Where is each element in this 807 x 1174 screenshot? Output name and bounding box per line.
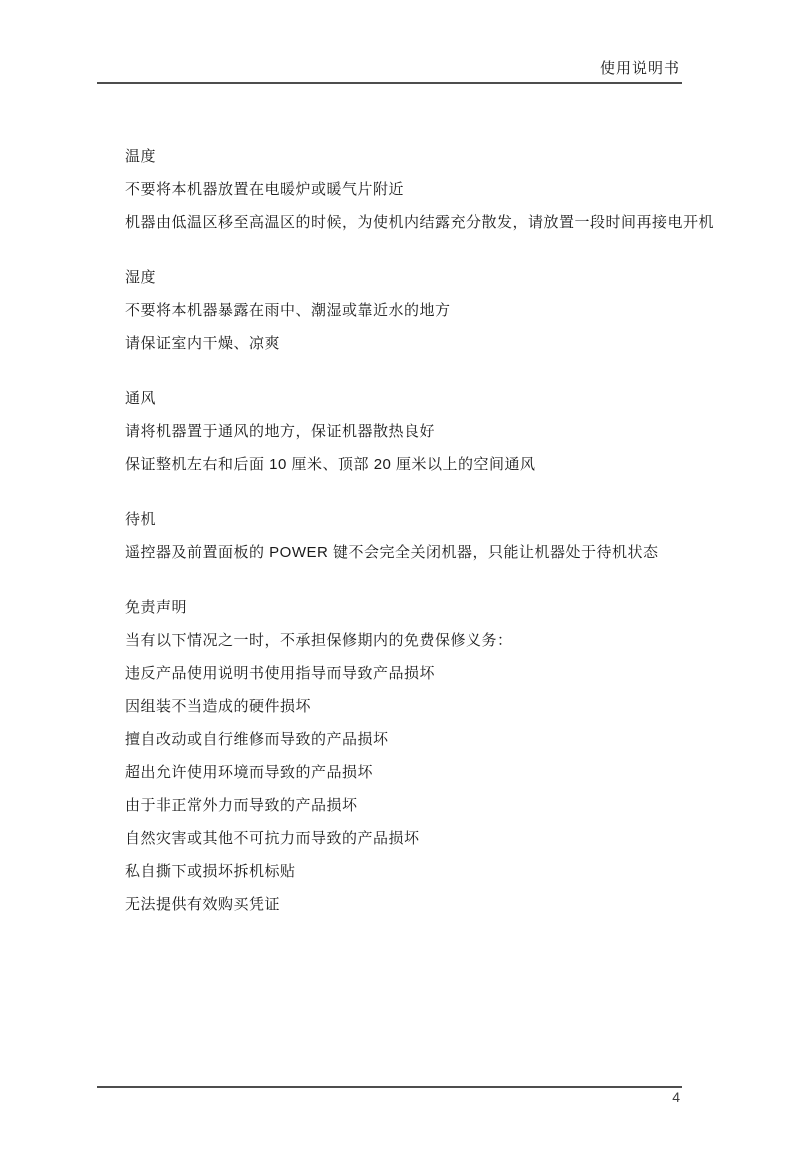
manual-page: 使用说明书 温度 不要将本机器放置在电暖炉或暖气片附近机器由低温区移至高温区的时… <box>0 0 807 1174</box>
paragraph-line: 机器由低温区移至高温区的时候，为使机内结露充分散发，请放置一段时间再接电开机 <box>125 213 737 233</box>
section: 通风 请将机器置于通风的地方，保证机器散热良好保证整机左右和后面 10 厘米、顶… <box>125 367 737 488</box>
paragraph-line: 遥控器及前置面板的 POWER 键不会完全关闭机器，只能让机器处于待机状态 <box>125 543 737 563</box>
paragraph-line: 违反产品使用说明书使用指导而导致产品损坏 <box>125 664 737 684</box>
page-number: 4 <box>672 1089 680 1105</box>
paragraph-line: 因组装不当造成的硬件损坏 <box>125 697 737 717</box>
paragraph-line: 保证整机左右和后面 10 厘米、顶部 20 厘米以上的空间通风 <box>125 455 737 475</box>
section-heading: 温度 <box>125 147 737 167</box>
paragraph-line: 私自撕下或损坏拆机标贴 <box>125 862 737 882</box>
paragraph-line: 由于非正常外力而导致的产品损坏 <box>125 796 737 816</box>
paragraph-line: 擅自改动或自行维修而导致的产品损坏 <box>125 730 737 750</box>
paragraph-line: 无法提供有效购买凭证 <box>125 895 737 915</box>
paragraph-line: 请将机器置于通风的地方，保证机器散热良好 <box>125 422 737 442</box>
paragraph-line: 不要将本机器暴露在雨中、潮湿或靠近水的地方 <box>125 301 737 321</box>
section-heading: 待机 <box>125 510 737 530</box>
section: 湿度 不要将本机器暴露在雨中、潮湿或靠近水的地方请保证室内干燥、凉爽 <box>125 246 737 367</box>
paragraph-line: 请保证室内干燥、凉爽 <box>125 334 737 354</box>
section: 温度 不要将本机器放置在电暖炉或暖气片附近机器由低温区移至高温区的时候，为使机内… <box>125 125 737 246</box>
content: 温度 不要将本机器放置在电暖炉或暖气片附近机器由低温区移至高温区的时候，为使机内… <box>125 125 737 928</box>
section-heading: 通风 <box>125 389 737 409</box>
paragraph-line: 自然灾害或其他不可抗力而导致的产品损坏 <box>125 829 737 849</box>
header-title: 使用说明书 <box>600 60 680 78</box>
section: 待机 遥控器及前置面板的 POWER 键不会完全关闭机器，只能让机器处于待机状态 <box>125 488 737 576</box>
paragraph-line: 超出允许使用环境而导致的产品损坏 <box>125 763 737 783</box>
section-heading: 免责声明 <box>125 598 737 618</box>
paragraph-line: 当有以下情况之一时，不承担保修期内的免费保修义务： <box>125 631 737 651</box>
section-heading: 湿度 <box>125 268 737 288</box>
header-rule <box>97 82 682 84</box>
paragraph-line: 不要将本机器放置在电暖炉或暖气片附近 <box>125 180 737 200</box>
footer-rule <box>97 1086 682 1088</box>
section: 免责声明 当有以下情况之一时，不承担保修期内的免费保修义务：违反产品使用说明书使… <box>125 576 737 928</box>
